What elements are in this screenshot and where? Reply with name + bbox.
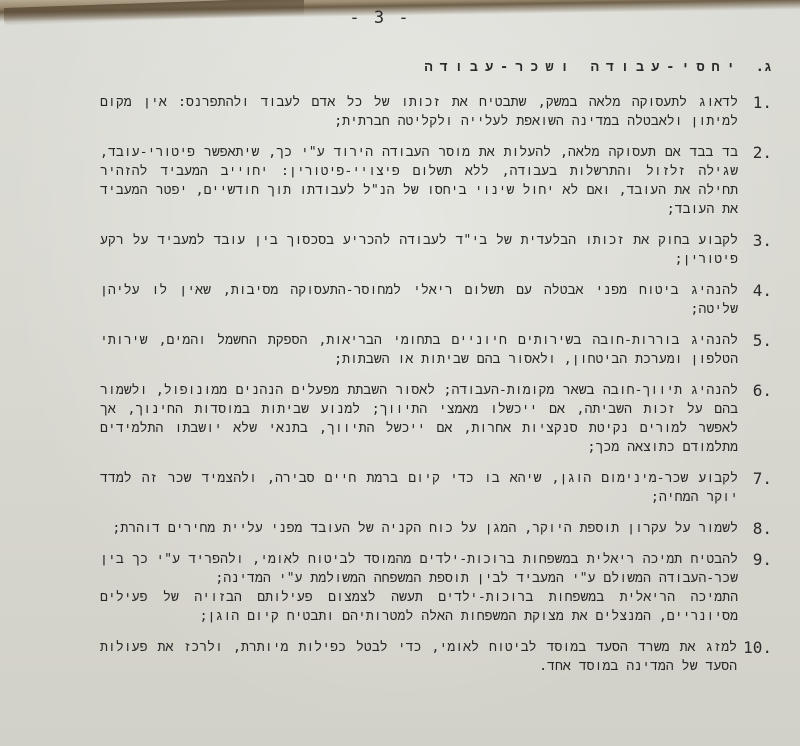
list-item: 5.להנהיג בוררות-חובה בשירותים חיוניים בת…: [72, 331, 772, 369]
item-text: בד בבד אם תעסוקה מלאה, להעלות את מוסר הע…: [72, 143, 738, 219]
bleed-through-text: [110, 690, 710, 746]
item-paragraph: להבטיח תמיכה ריאלית במשפחות ברוכות-ילדים…: [100, 550, 738, 588]
item-text: להבטיח תמיכה ריאלית במשפחות ברוכות-ילדים…: [72, 550, 738, 626]
numbered-list: 1.לדאוג לתעסוקה מלאה במשק, שתבטיח את זכו…: [72, 93, 772, 676]
list-item: 9.להבטיח תמיכה ריאלית במשפחות ברוכות-ילד…: [72, 550, 772, 626]
item-number: 7.: [738, 469, 772, 507]
item-paragraph: לשמור על עקרון תוספת היוקר, המגן על כוח …: [100, 519, 738, 538]
item-text: להנהיג בוררות-חובה בשירותים חיוניים בתחו…: [72, 331, 738, 369]
list-item: 7.לקבוע שכר-מינימום הוגן, שיהא בו כדי קי…: [72, 469, 772, 507]
item-number: 1.: [738, 93, 772, 131]
page-number: - 3 -: [0, 8, 760, 28]
item-paragraph: להנהיג בוררות-חובה בשירותים חיוניים בתחו…: [100, 331, 738, 369]
item-text: לשמור על עקרון תוספת היוקר, המגן על כוח …: [72, 519, 738, 538]
item-text: להנהיג ביטוח מפני אבטלה עם תשלום ריאלי ל…: [72, 281, 738, 319]
item-paragraph: לדאוג לתעסוקה מלאה במשק, שתבטיח את זכותו…: [100, 93, 738, 131]
item-number: 9.: [738, 550, 772, 626]
list-item: 3.לקבוע בחוק את זכותו הבלעדית של בי"ד לע…: [72, 231, 772, 269]
list-item: 2.בד בבד אם תעסוקה מלאה, להעלות את מוסר …: [72, 143, 772, 219]
item-paragraph: התמיכה הריאלית במשפחות ברוכות-ילדים תעשה…: [100, 588, 738, 626]
list-item: 4.להנהיג ביטוח מפני אבטלה עם תשלום ריאלי…: [72, 281, 772, 319]
section-marker: ג.: [756, 59, 772, 75]
item-number: 8.: [738, 519, 772, 538]
scanned-document-page: - 3 - ג.יחסי-עבודה ושכר-עבודה 1.לדאוג לת…: [0, 0, 800, 746]
item-paragraph: לקבוע בחוק את זכותו הבלעדית של בי"ד לעבו…: [100, 231, 738, 269]
section-heading: ג.יחסי-עבודה ושכר-עבודה: [72, 58, 772, 77]
list-item: 10.למזג את משרד הסעד במוסד לביטוח לאומי,…: [72, 638, 772, 676]
list-item: 6.להנהיג תיווך-חובה בשאר מקומות-העבודה; …: [72, 381, 772, 457]
item-number: 2.: [738, 143, 772, 219]
item-paragraph: בד בבד אם תעסוקה מלאה, להעלות את מוסר הע…: [100, 143, 738, 219]
item-number: 5.: [738, 331, 772, 369]
item-number: 6.: [738, 381, 772, 457]
section-title: יחסי-עבודה ושכר-עבודה: [425, 59, 742, 75]
item-text: להנהיג תיווך-חובה בשאר מקומות-העבודה; לא…: [72, 381, 738, 457]
item-text: למזג את משרד הסעד במוסד לביטוח לאומי, כד…: [72, 638, 737, 676]
item-paragraph: לקבוע שכר-מינימום הוגן, שיהא בו כדי קיום…: [100, 469, 738, 507]
list-item: 8.לשמור על עקרון תוספת היוקר, המגן על כו…: [72, 519, 772, 538]
item-paragraph: להנהיג תיווך-חובה בשאר מקומות-העבודה; לא…: [100, 381, 738, 457]
item-number: 3.: [738, 231, 772, 269]
item-text: לקבוע שכר-מינימום הוגן, שיהא בו כדי קיום…: [72, 469, 738, 507]
list-item: 1.לדאוג לתעסוקה מלאה במשק, שתבטיח את זכו…: [72, 93, 772, 131]
item-text: לקבוע בחוק את זכותו הבלעדית של בי"ד לעבו…: [72, 231, 738, 269]
document-body: ג.יחסי-עבודה ושכר-עבודה 1.לדאוג לתעסוקה …: [72, 58, 772, 688]
item-paragraph: למזג את משרד הסעד במוסד לביטוח לאומי, כד…: [100, 638, 737, 676]
item-number: 10.: [737, 638, 772, 676]
item-number: 4.: [738, 281, 772, 319]
item-text: לדאוג לתעסוקה מלאה במשק, שתבטיח את זכותו…: [72, 93, 738, 131]
item-paragraph: להנהיג ביטוח מפני אבטלה עם תשלום ריאלי ל…: [100, 281, 738, 319]
